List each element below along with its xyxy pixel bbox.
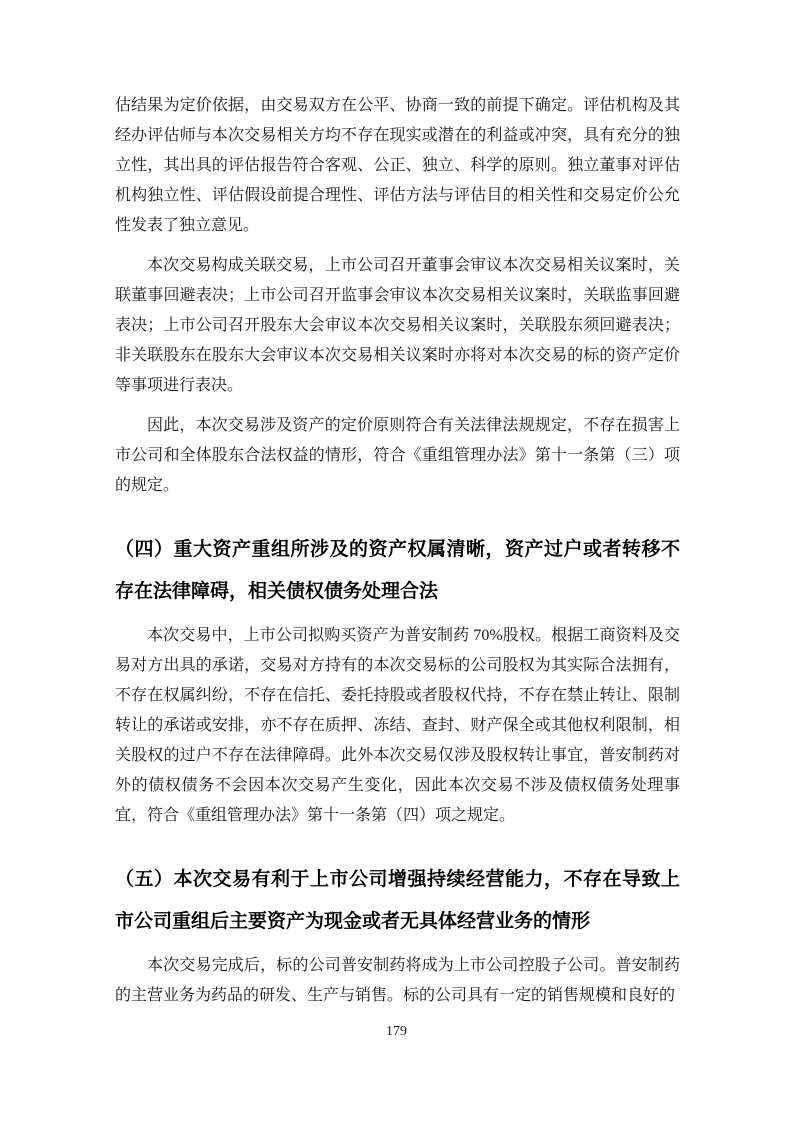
paragraph-related-party-voting: 本次交易构成关联交易，上市公司召开董事会审议本次交易相关议案时，关联董事回避表决… xyxy=(115,251,680,401)
page-number: 179 xyxy=(0,1024,793,1040)
paragraph-equity-ownership: 本次交易中，上市公司拟购买资产为普安制药 70%股权。根据工商资料及交易对方出具… xyxy=(115,621,680,831)
section-heading-5: （五）本次交易有利于上市公司增强持续经营能力，不存在导致上市公司重组后主要资产为… xyxy=(115,859,680,943)
document-page: 估结果为定价依据，由交易双方在公平、协商一致的前提下确定。评估机构及其经办评估师… xyxy=(0,0,793,1122)
section-heading-4: （四）重大资产重组所涉及的资产权属清晰，资产过户或者转移不存在法律障碍，相关债权… xyxy=(115,529,680,613)
document-body: 估结果为定价依据，由交易双方在公平、协商一致的前提下确定。评估机构及其经办评估师… xyxy=(115,91,680,1021)
paragraph-operating-capability: 本次交易完成后，标的公司普安制药将成为上市公司控股子公司。普安制药的主营业务为药… xyxy=(115,951,680,1011)
paragraph-valuation-independence: 估结果为定价依据，由交易双方在公平、协商一致的前提下确定。评估机构及其经办评估师… xyxy=(115,91,680,241)
paragraph-pricing-conclusion: 因此，本次交易涉及资产的定价原则符合有关法律法规规定，不存在损害上市公司和全体股… xyxy=(115,411,680,501)
